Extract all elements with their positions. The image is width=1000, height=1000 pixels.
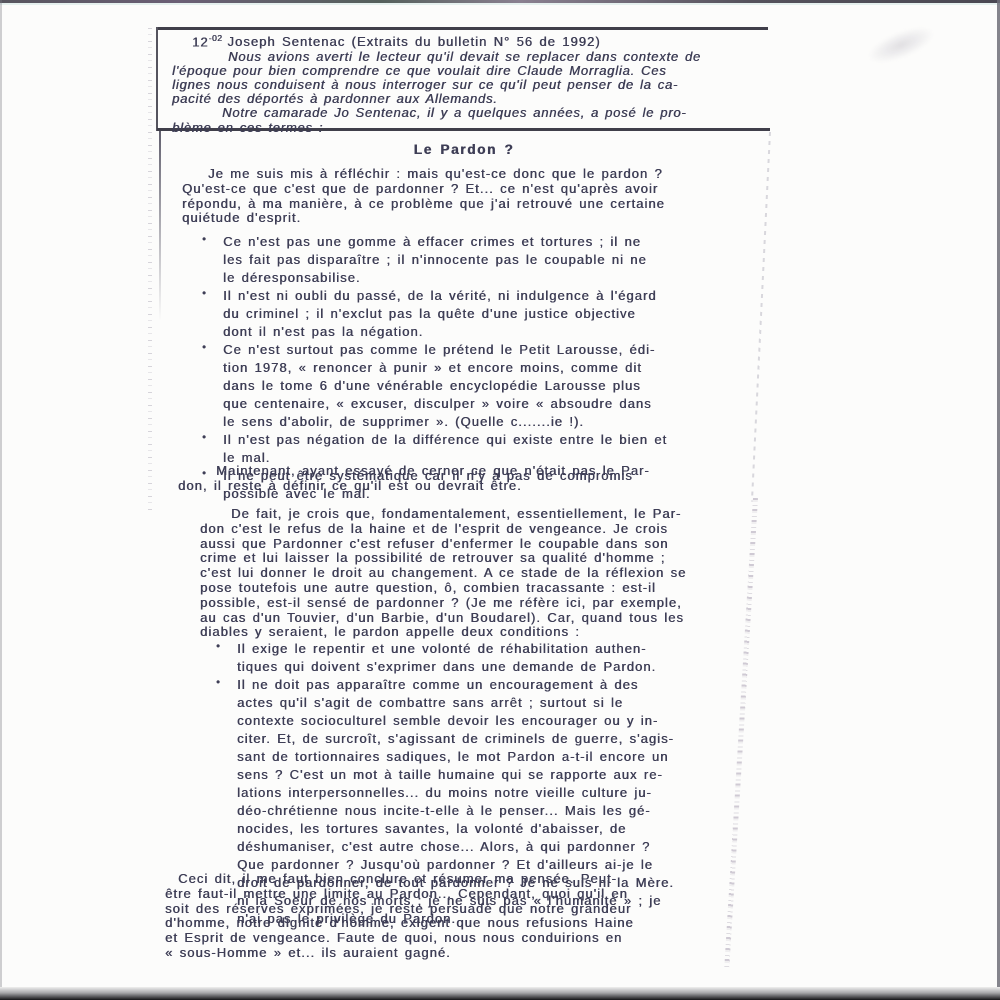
bullet-icon: • xyxy=(202,340,206,354)
scan-smudge xyxy=(863,19,939,70)
list-item: •Il n'est pas négation de la différence … xyxy=(223,431,752,467)
article-left-rule xyxy=(159,131,161,321)
list-item: •Il exige le repentir et une volonté de … xyxy=(237,640,794,676)
bullet-icon: • xyxy=(202,232,206,246)
reference-number: 12 xyxy=(192,34,209,49)
bullet-text: Il n'est pas négation de la différence q… xyxy=(223,432,667,465)
bullet-icon: • xyxy=(202,430,206,444)
transition-paragraph: Maintenant, ayant essayé de cerner ce qu… xyxy=(178,464,770,494)
editor-intro-paragraph: Nous avions averti le lecteur qu'il deva… xyxy=(172,50,764,107)
body-paragraph: De fait, je crois que, fondamentalement,… xyxy=(200,507,792,640)
list-item: •Ce n'est surtout pas comme le prétend l… xyxy=(223,341,752,431)
bullet-text: Il n'est ni oubli du passé, de la vérité… xyxy=(223,288,657,339)
scan-top-edge-tint xyxy=(0,3,1000,5)
closing-paragraph: Ceci dit, il me faut bien conclure et ré… xyxy=(165,872,779,961)
header-top-rule xyxy=(157,27,768,30)
header-left-rule xyxy=(156,27,158,131)
document-scan: 12-02Joseph Sentenac (Extraits du bullet… xyxy=(0,0,1000,1000)
reference-number-sup: -02 xyxy=(209,33,223,43)
page-title: Le Pardon ? xyxy=(158,131,770,157)
scan-bottom-edge xyxy=(0,987,1000,1000)
bullet-text: Ce n'est pas une gomme à effacer crimes … xyxy=(223,234,647,285)
bullet-text: Ce n'est surtout pas comme le prétend le… xyxy=(223,342,655,429)
article-opening-paragraph: Je me suis mis à réfléchir : mais qu'est… xyxy=(182,167,744,226)
bullet-text: Il exige le repentir et une volonté de r… xyxy=(237,641,656,674)
reference-line: 12-02Joseph Sentenac (Extraits du bullet… xyxy=(172,31,764,50)
reference-byline: Joseph Sentenac (Extraits du bulletin N°… xyxy=(227,34,600,49)
bullet-icon: • xyxy=(216,639,220,653)
bullet-icon: • xyxy=(202,286,206,300)
header-reference: 12-02Joseph Sentenac (Extraits du bullet… xyxy=(172,31,764,135)
article-box: Le Pardon ? Je me suis mis à réfléchir :… xyxy=(158,131,770,503)
list-item: •Il n'est ni oubli du passé, de la vérit… xyxy=(223,287,752,341)
bullet-icon: • xyxy=(216,675,220,689)
scan-left-edge xyxy=(0,0,2,1000)
list-item: •Ce n'est pas une gomme à effacer crimes… xyxy=(223,233,752,287)
scan-crease-left xyxy=(148,28,152,510)
